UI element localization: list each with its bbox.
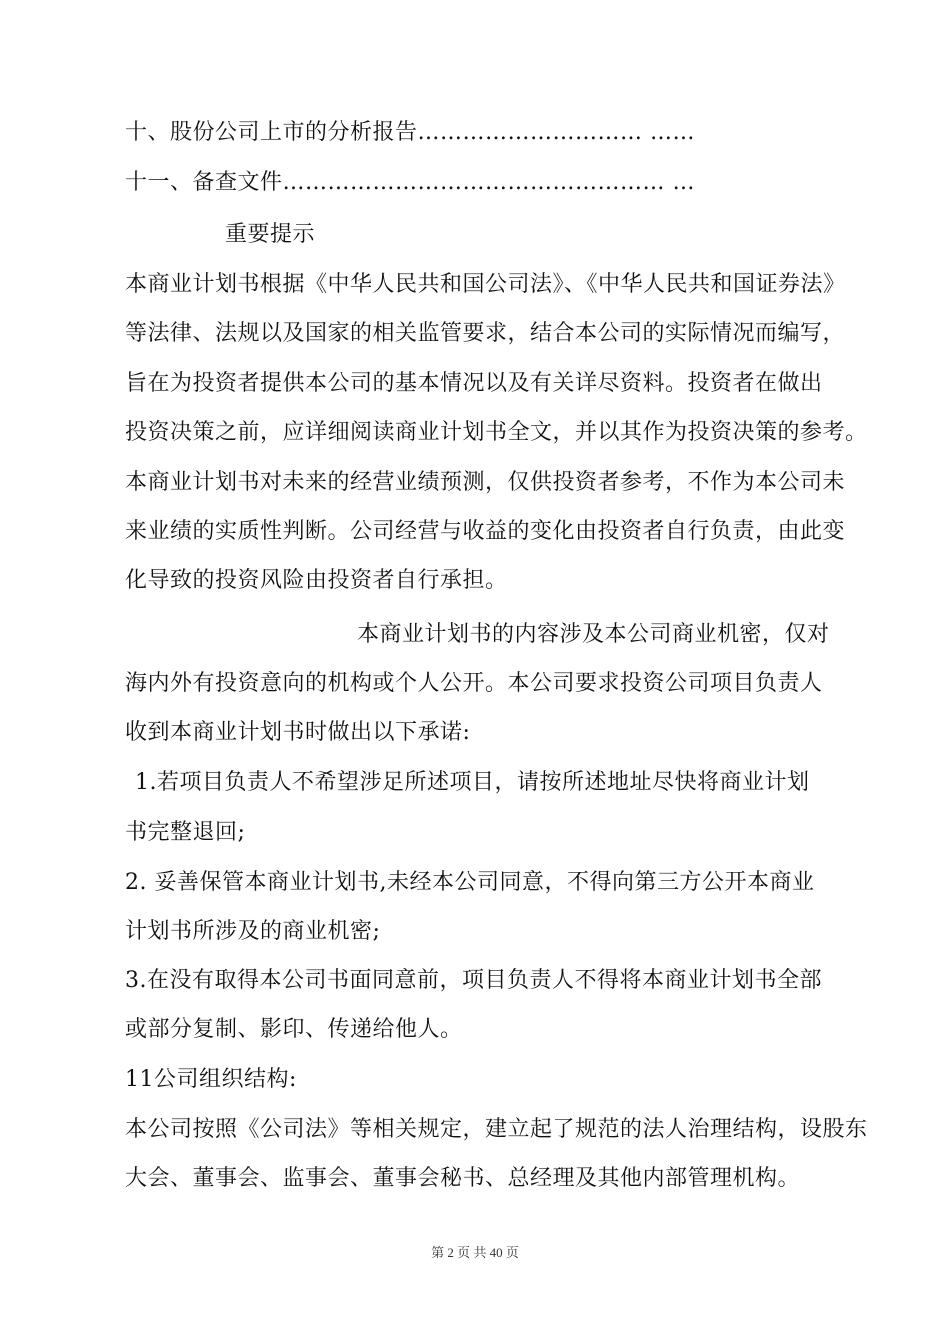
- paragraph-line: 投资决策之前，应详细阅读商业计划书全文，并以其作为投资决策的参考。: [125, 418, 845, 448]
- paragraph-line-indented: 本商业计划书的内容涉及本公司商业机密，仅对: [357, 620, 837, 650]
- commitment-item-3: 3.在没有取得本公司书面同意前，项目负责人不得将本商业计划书全部: [125, 966, 845, 996]
- commitment-item-1-continued: 书完整退回;: [125, 818, 845, 848]
- paragraph-line: 等法律、法规以及国家的相关监管要求，结合本公司的实际情况而编写，: [125, 319, 845, 349]
- paragraph-line: 海内外有投资意向的机构或个人公开。本公司要求投资公司项目负责人: [125, 669, 845, 699]
- commitment-item-1: 1.若项目负责人不希望涉足所述项目，请按所述地址尽快将商业计划: [135, 768, 855, 798]
- paragraph-line: 来业绩的实质性判断。公司经营与收益的变化由投资者自行负责，由此变: [125, 517, 845, 547]
- toc-entry-listing-analysis: 十、股份公司上市的分析报告………………………… ……: [125, 118, 845, 148]
- commitment-item-2-continued: 计划书所涉及的商业机密;: [125, 917, 845, 947]
- paragraph-line: 收到本商业计划书时做出以下承诺:: [125, 718, 845, 748]
- paragraph-line: 旨在为投资者提供本公司的基本情况以及有关详尽资料。投资者在做出: [125, 369, 845, 399]
- document-page: 十、股份公司上市的分析报告………………………… …… 十一、备查文件…………………: [0, 0, 950, 1344]
- notice-heading: 重要提示: [225, 220, 945, 250]
- paragraph-line: 大会、董事会、监事会、董事会秘书、总经理及其他内部管理机构。: [125, 1164, 845, 1194]
- paragraph-line: 本公司按照《公司法》等相关规定，建立起了规范的法人治理结构，设股东: [125, 1115, 845, 1145]
- paragraph-line: 本商业计划书根据《中华人民共和国公司法》、《中华人民共和国证券法》: [125, 270, 845, 300]
- toc-entry-reference-files: 十一、备查文件…………………………………………… …: [125, 168, 845, 198]
- paragraph-line: 本商业计划书对未来的经营业绩预测，仅供投资者参考，不作为本公司未: [125, 468, 845, 498]
- commitment-item-2: 2. 妥善保管本商业计划书,未经本公司同意，不得向第三方公开本商业: [125, 868, 845, 898]
- page-footer: 第 2 页 共 40 页: [0, 1244, 950, 1262]
- commitment-item-3-continued: 或部分复制、影印、传递给他人。: [125, 1015, 845, 1045]
- section-heading-org-structure: 11公司组织结构:: [125, 1065, 845, 1095]
- paragraph-line: 化导致的投资风险由投资者自行承担。: [125, 566, 845, 596]
